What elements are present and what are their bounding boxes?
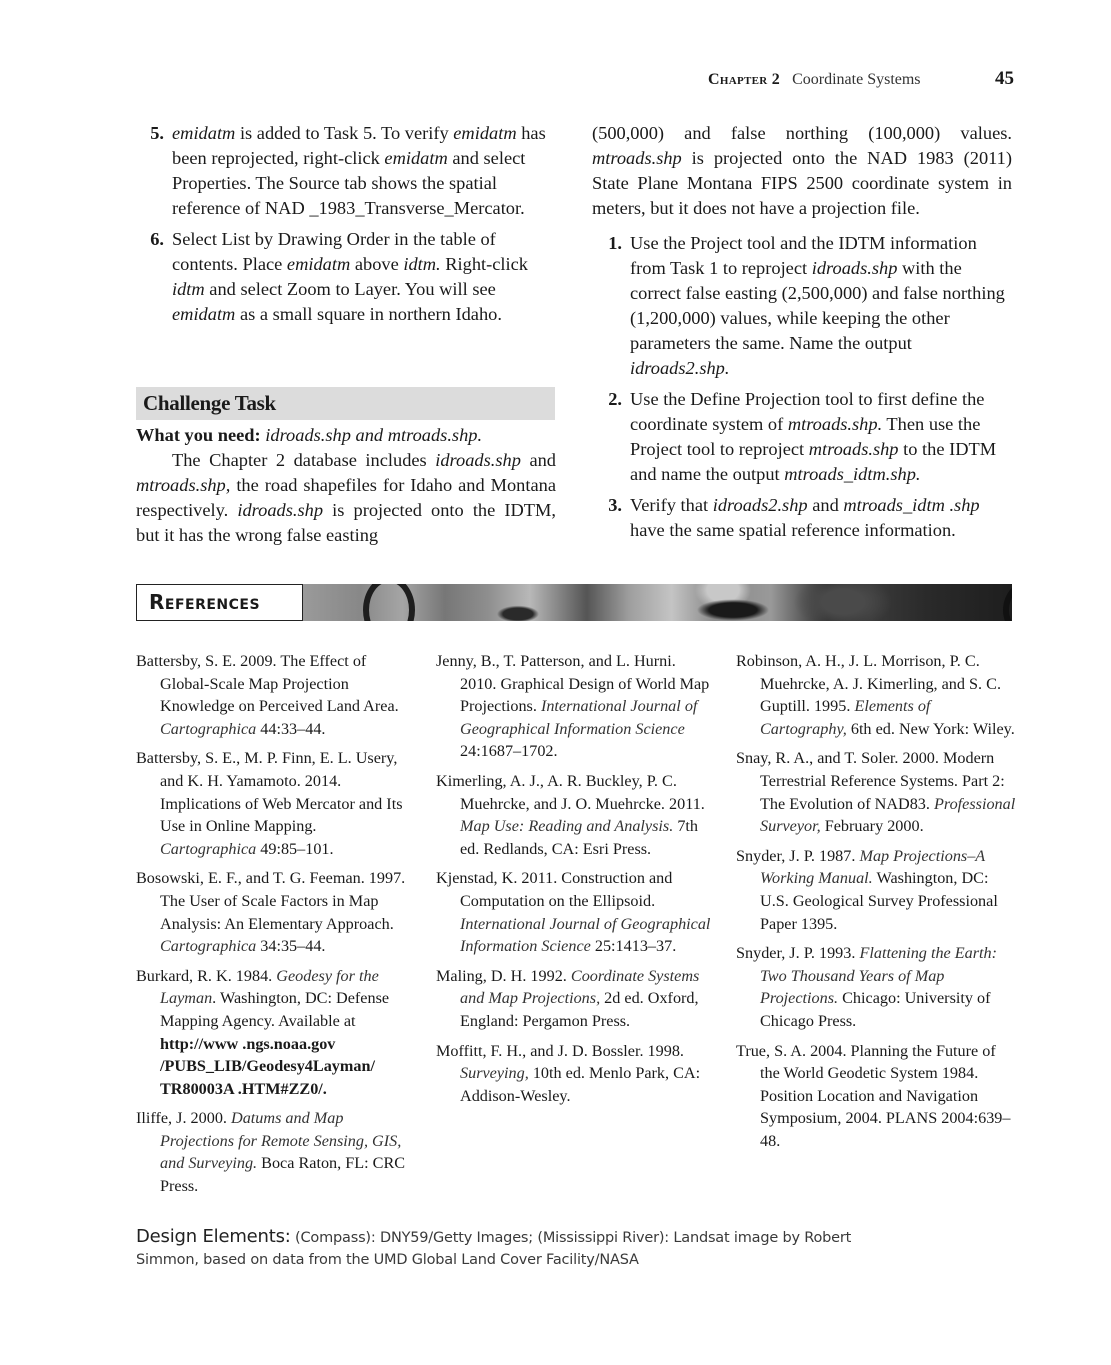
references-heading: References xyxy=(136,584,303,621)
text-segment: The Chapter 2 database includes xyxy=(172,450,435,470)
text-segment: mtroads_idtm.shp. xyxy=(784,464,920,484)
text-segment: emidatm xyxy=(287,254,350,274)
challenge-steps: 1. Use the Project tool and the IDTM inf… xyxy=(594,231,1012,543)
text-segment: Verify that xyxy=(630,495,713,515)
text-segment: Battersby, S. E., M. P. Finn, E. L. User… xyxy=(136,749,403,835)
text-segment: idroads.shp xyxy=(237,500,323,520)
text-segment: idroads.shp xyxy=(435,450,521,470)
reference-entry: True, S. A. 2004. Planning the Future of… xyxy=(736,1040,1016,1153)
text-segment: 6th ed. New York: Wiley. xyxy=(847,720,1015,738)
credits-lead: Design Elements: xyxy=(136,1226,291,1247)
text-segment: as a small square in northern Idaho. xyxy=(235,304,502,324)
text-segment: 49:85–101. xyxy=(256,840,333,858)
text-segment: is added to Task 5. To verify xyxy=(235,123,453,143)
reference-entry: Battersby, S. E., M. P. Finn, E. L. User… xyxy=(136,747,416,860)
landsat-river-image xyxy=(303,584,1012,621)
reference-entry: Snay, R. A., and T. Soler. 2000. Modern … xyxy=(736,747,1016,837)
reference-entry: Bosowski, E. F., and T. G. Feeman. 1997.… xyxy=(136,867,416,957)
reference-entry: Jenny, B., T. Patterson, and L. Hurni. 2… xyxy=(436,650,716,763)
reference-entry: Snyder, J. P. 1993. Flattening the Earth… xyxy=(736,942,1016,1032)
text-segment: Snyder, J. P. 1993. xyxy=(736,944,859,962)
challenge-body: What you need: idroads.shp and mtroads.s… xyxy=(136,423,556,548)
text-segment: idtm xyxy=(172,279,205,299)
reference-entry: Snyder, J. P. 1987. Map Projections–A Wo… xyxy=(736,845,1016,935)
text-segment: February 2000. xyxy=(821,817,924,835)
river-shape xyxy=(363,584,415,621)
left-steps: 5. emidatm is added to Task 5. To verify… xyxy=(136,121,556,333)
text-segment: Cartographica xyxy=(160,720,256,738)
text-segment: and xyxy=(521,450,556,470)
text-segment: Maling, D. H. 1992. xyxy=(436,967,571,985)
text-segment: have the same spatial reference informat… xyxy=(630,520,956,540)
right-column: (500,000) and false northing (100,000) v… xyxy=(592,121,1012,549)
text-segment: Kimerling, A. J., A. R. Buckley, P. C. M… xyxy=(436,772,705,813)
river-shape xyxy=(1003,584,1012,621)
references-banner: References xyxy=(136,584,1012,621)
running-head: Chapter 2 Coordinate Systems 45 xyxy=(708,68,1014,92)
text-segment: above xyxy=(350,254,403,274)
text-segment: http://www .ngs.noaa.gov /PUBS_LIB/Geode… xyxy=(160,1035,375,1098)
reference-entry: Robinson, A. H., J. L. Morrison, P. C. M… xyxy=(736,650,1016,740)
step-number: 3. xyxy=(594,493,630,543)
text-segment: mtroads.shp. xyxy=(788,414,882,434)
step-number: 6. xyxy=(136,227,172,327)
text-segment: mtroads.shp xyxy=(809,439,899,459)
text-segment: Iliffe, J. 2000. xyxy=(136,1109,231,1127)
text-segment: Cartographica xyxy=(160,840,256,858)
text-segment: idroads2.shp xyxy=(713,495,808,515)
text-segment: idroads.shp xyxy=(812,258,898,278)
step-text: emidatm is added to Task 5. To verify em… xyxy=(172,121,556,221)
step-text: Use the Project tool and the IDTM inform… xyxy=(630,231,1012,381)
text-segment: emidatm xyxy=(172,304,235,324)
text-segment: Kjenstad, K. 2011. Construction and Comp… xyxy=(436,869,672,910)
text-segment: emidatm xyxy=(172,123,235,143)
need-value: idroads.shp and mtroads.shp. xyxy=(265,425,482,445)
design-credits: Design Elements: (Compass): DNY59/Getty … xyxy=(136,1226,916,1271)
step-text: Verify that idroads2.shp and mtroads_idt… xyxy=(630,493,1012,543)
text-segment: emidatm xyxy=(453,123,516,143)
step-text: Select List by Drawing Order in the tabl… xyxy=(172,227,556,327)
step-number: 2. xyxy=(594,387,630,487)
step-6: 6. Select List by Drawing Order in the t… xyxy=(136,227,556,327)
reference-entry: Battersby, S. E. 2009. The Effect of Glo… xyxy=(136,650,416,740)
reference-entry: Kjenstad, K. 2011. Construction and Comp… xyxy=(436,867,716,957)
reference-entry: Kimerling, A. J., A. R. Buckley, P. C. M… xyxy=(436,770,716,860)
text-segment: Map Use: Reading and Analysis. xyxy=(460,817,673,835)
step-number: 1. xyxy=(594,231,630,381)
text-segment: Bosowski, E. F., and T. G. Feeman. 1997.… xyxy=(136,869,405,932)
text-segment: and xyxy=(808,495,844,515)
text-segment: mtroads_idtm .shp xyxy=(843,495,979,515)
what-you-need: What you need: idroads.shp and mtroads.s… xyxy=(136,423,556,448)
challenge-intro: The Chapter 2 database includes idroads.… xyxy=(136,448,556,548)
text-segment: and select Zoom to Layer. You will see xyxy=(205,279,496,299)
references-column-3: Robinson, A. H., J. L. Morrison, P. C. M… xyxy=(736,650,1016,1159)
text-segment: mtroads.shp, xyxy=(136,475,230,495)
text-segment: True, S. A. 2004. Planning the Future of… xyxy=(736,1042,1011,1150)
challenge-step-1: 1. Use the Project tool and the IDTM inf… xyxy=(594,231,1012,381)
reference-entry: Moffitt, F. H., and J. D. Bossler. 1998.… xyxy=(436,1040,716,1108)
reference-entry: Maling, D. H. 1992. Coordinate Systems a… xyxy=(436,965,716,1033)
text-segment: Battersby, S. E. 2009. The Effect of Glo… xyxy=(136,652,399,715)
text-segment: 44:33–44. xyxy=(256,720,325,738)
step-5: 5. emidatm is added to Task 5. To verify… xyxy=(136,121,556,221)
need-label: What you need: xyxy=(136,425,261,445)
text-segment: Moffitt, F. H., and J. D. Bossler. 1998. xyxy=(436,1042,684,1060)
text-segment: (500,000) and false northing (100,000) v… xyxy=(592,123,1012,143)
reference-entry: Burkard, R. K. 1984. Geodesy for the Lay… xyxy=(136,965,416,1101)
references-column-2: Jenny, B., T. Patterson, and L. Hurni. 2… xyxy=(436,650,716,1114)
chapter-title: Coordinate Systems xyxy=(792,71,920,89)
step-text: Use the Define Projection tool to first … xyxy=(630,387,1012,487)
challenge-step-2: 2. Use the Define Projection tool to fir… xyxy=(594,387,1012,487)
challenge-task-heading: Challenge Task xyxy=(136,387,555,420)
text-segment: idtm. xyxy=(403,254,440,274)
references-column-1: Battersby, S. E. 2009. The Effect of Glo… xyxy=(136,650,416,1205)
text-segment: idroads2.shp. xyxy=(630,358,729,378)
reference-entry: Iliffe, J. 2000. Datums and Map Projecti… xyxy=(136,1107,416,1197)
text-segment: Surveying, xyxy=(460,1064,529,1082)
text-segment: mtroads.shp xyxy=(592,148,682,168)
text-segment: Cartographica xyxy=(160,937,256,955)
text-segment: 25:1413–37. xyxy=(591,937,676,955)
text-segment: Right-click xyxy=(441,254,528,274)
page-number: 45 xyxy=(995,68,1014,90)
challenge-step-3: 3. Verify that idroads2.shp and mtroads_… xyxy=(594,493,1012,543)
text-segment: Burkard, R. K. 1984. xyxy=(136,967,276,985)
text-segment: Snyder, J. P. 1987. xyxy=(736,847,859,865)
step-number: 5. xyxy=(136,121,172,221)
text-segment: 24:1687–1702. xyxy=(460,742,558,760)
text-segment: emidatm xyxy=(384,148,447,168)
text-segment: 34:35–44. xyxy=(256,937,325,955)
challenge-intro-continued: (500,000) and false northing (100,000) v… xyxy=(592,121,1012,221)
chapter-label: Chapter 2 xyxy=(708,71,780,89)
